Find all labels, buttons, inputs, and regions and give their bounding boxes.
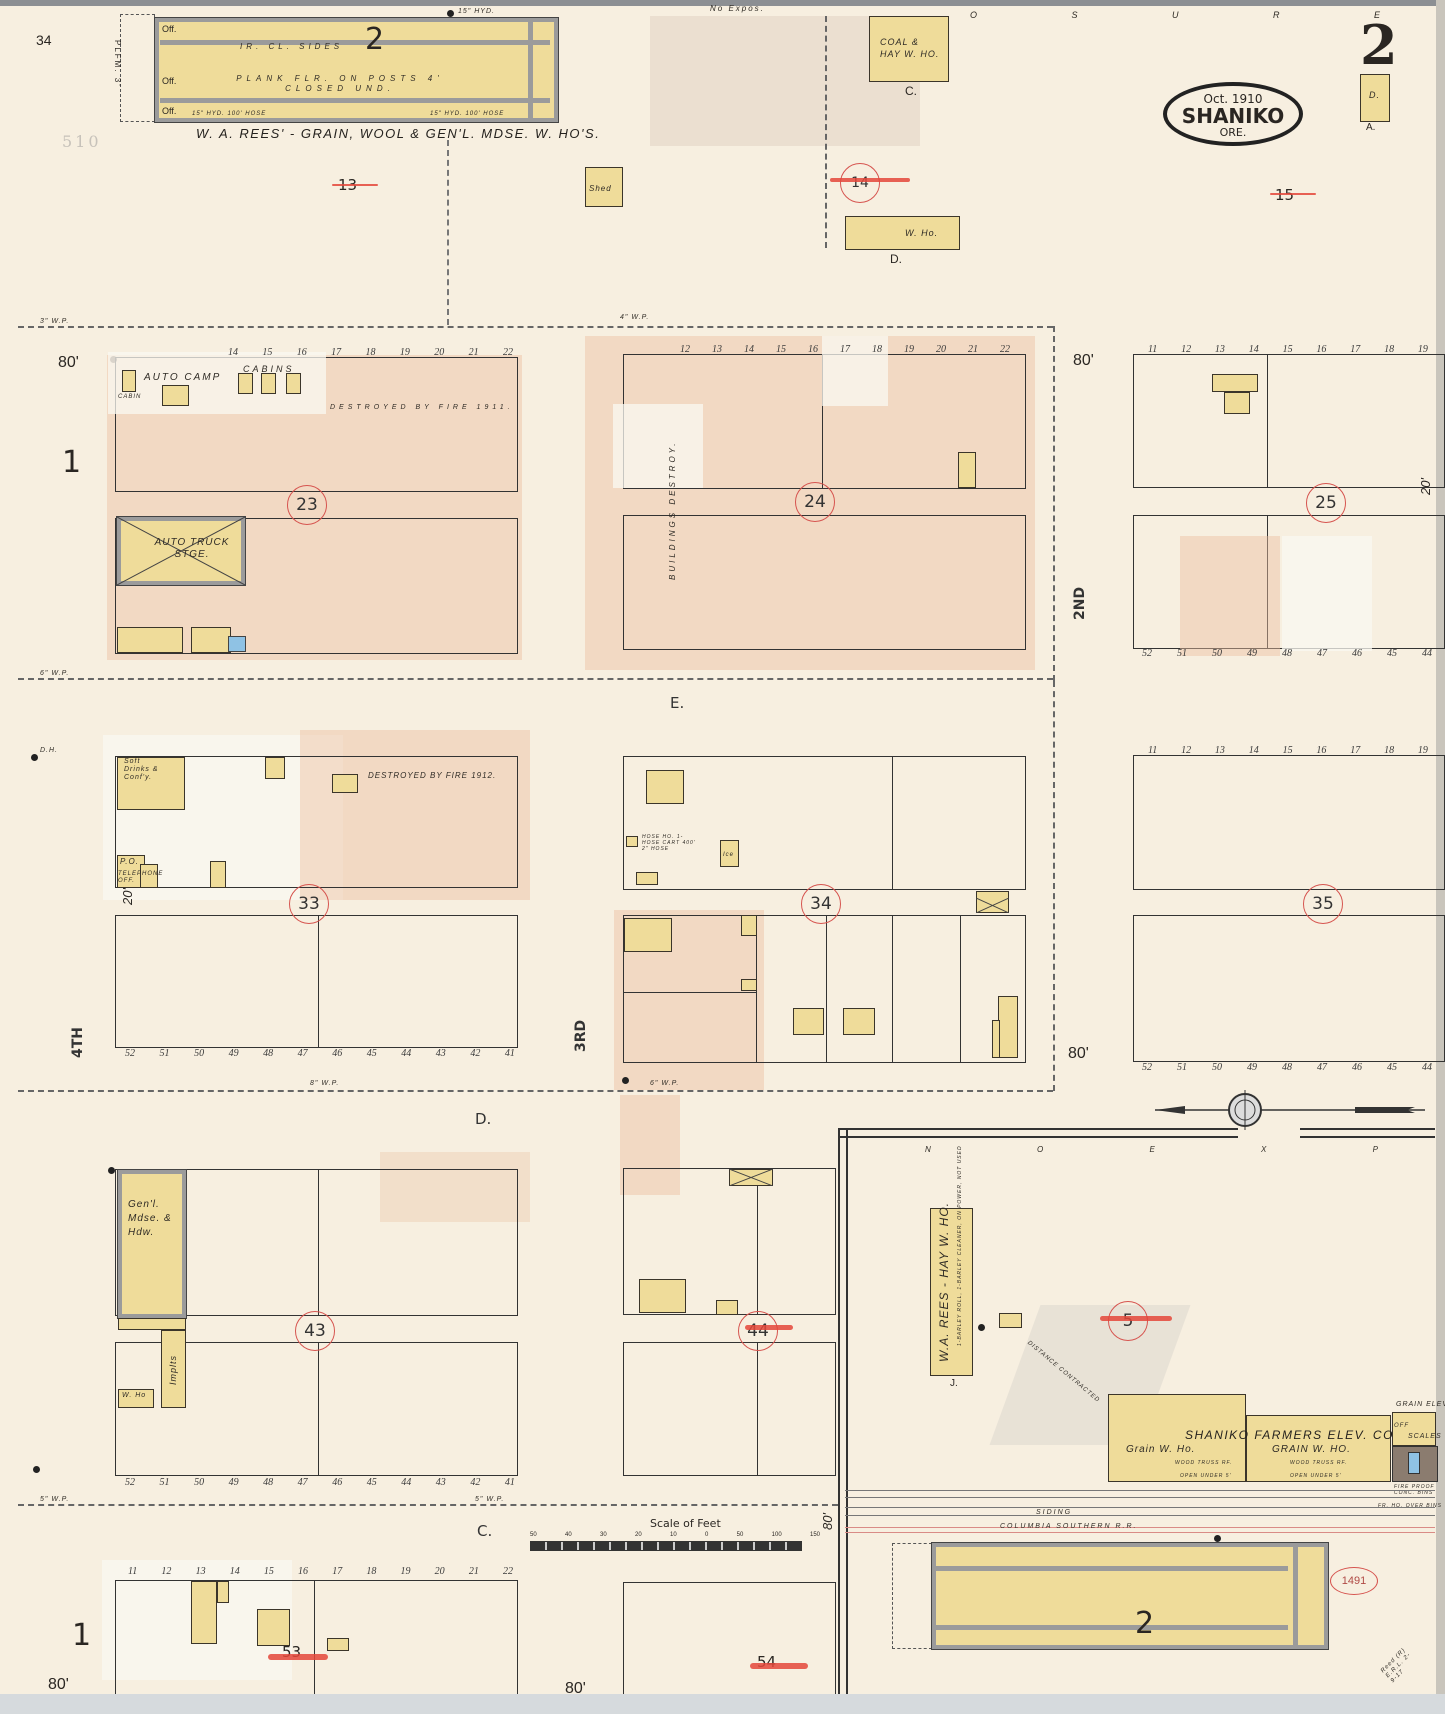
water-pipe-3in: [18, 326, 1053, 328]
lot-number: 49: [229, 1477, 239, 1488]
dim-80: 80': [48, 1676, 69, 1694]
lot-number: 15: [776, 344, 786, 355]
paste-over-white: [1282, 536, 1372, 651]
revision-signature: Reed (R) E.R.L. 2-9-17: [1380, 1645, 1420, 1685]
lot-number: 16: [297, 347, 307, 358]
rees-hay-letter: J.: [950, 1378, 958, 1389]
lot-number: 17: [331, 347, 341, 358]
dwelling-corner-label: D.: [1369, 90, 1380, 100]
water-pipe-5in: [18, 1504, 838, 1506]
lot-number: 47: [298, 1477, 308, 1488]
lot-number: 48: [263, 1048, 273, 1059]
water-pipe-label: 6" W.P.: [650, 1080, 679, 1087]
lot-line: [623, 992, 756, 993]
warehouse-story-count: 2: [365, 22, 384, 57]
blue-building: [228, 636, 246, 652]
lot-line: [757, 1342, 758, 1476]
water-pipe-label: 5" W.P.: [475, 1496, 504, 1503]
warehouse-floor-note: PLANK FLR. ON POSTS 4' CLOSED UND.: [220, 74, 460, 94]
lot-number: 44: [1422, 1062, 1432, 1073]
coal-hay-label: COAL & HAY W. HO.: [880, 36, 940, 60]
shed-building: [958, 452, 976, 488]
grain-warehouse-label-1: Grain W. Ho.: [1126, 1444, 1195, 1455]
dwelling: [793, 1008, 824, 1035]
lot-number: 46: [332, 1477, 342, 1488]
street-d: D.: [475, 1110, 491, 1128]
block-53-strike: [268, 1654, 328, 1660]
lot-number: 12: [680, 344, 690, 355]
lot-line: [318, 1342, 319, 1476]
lot-number: 13: [1215, 344, 1225, 355]
open-under-note-2: OPEN UNDER 5': [1290, 1473, 1341, 1479]
lot-number: 17: [840, 344, 850, 355]
lot-line: [892, 915, 893, 1063]
outbuilding: [217, 1581, 229, 1603]
lot-number: 52: [1142, 648, 1152, 659]
lot-number: 15: [1283, 344, 1293, 355]
block-number-1491: 1491: [1330, 1567, 1378, 1595]
dwelling: [1212, 374, 1258, 392]
lot-number: 44: [401, 1477, 411, 1488]
dwelling: [265, 757, 285, 779]
rees-hay-label: W.A. REES - HAY W. HO.: [937, 1202, 951, 1362]
dwelling-rear: [1224, 392, 1250, 414]
scale-tick: 20: [635, 1532, 642, 1538]
scale-tick: 50: [737, 1532, 744, 1538]
lot-number: 22: [503, 347, 513, 358]
general-mdse-label: Gen'l. Mdse. & Hdw.: [128, 1198, 184, 1240]
block-14-strike: [830, 178, 910, 182]
lot-number: 44: [401, 1048, 411, 1059]
lot-number: 46: [1352, 1062, 1362, 1073]
lot-number-row: 52 51 50 49 48 47 46 45 44 43 42 41: [125, 1048, 515, 1059]
outbuilding: [741, 915, 757, 936]
rees-hay-note: 1-BARLEY ROLL, 1-BARLEY CLEANER, ON POWE…: [957, 1145, 963, 1346]
lot-number: 20: [936, 344, 946, 355]
lot-number: 45: [367, 1477, 377, 1488]
lot-line: [314, 1580, 315, 1700]
lot-number: 14: [744, 344, 754, 355]
lot-number: 50: [1212, 1062, 1222, 1073]
stamp-number: 510: [62, 132, 102, 151]
lot-number-row: 11 12 13 14 15 16 17 18 19: [1148, 745, 1428, 756]
dead-hydrant-icon: [108, 1167, 115, 1174]
elevator-leg: [1408, 1452, 1420, 1474]
hydrant-icon: [447, 10, 454, 17]
auto-camp-dwelling: [162, 385, 189, 406]
scale-tick: 30: [600, 1532, 607, 1538]
lot-number: 11: [1148, 344, 1157, 355]
block-44-strike: [745, 1325, 793, 1330]
rail-track: [845, 1497, 1435, 1498]
dim-80: 80': [58, 354, 79, 372]
wood-truss-note-1: WOOD TRUSS RF.: [1175, 1460, 1232, 1466]
lot-number: 49: [229, 1048, 239, 1059]
warehouse-14: [845, 216, 960, 250]
sheet-number: 2: [1360, 18, 1398, 72]
paste-over: [1180, 536, 1280, 656]
lot-number: 14: [1249, 745, 1259, 756]
cabin-label: CABIN: [118, 394, 141, 400]
lot-number: 16: [1316, 745, 1326, 756]
block-number-14: 14: [840, 163, 880, 203]
destroyed-1911-label: DESTROYED BY FIRE 1911.: [330, 404, 514, 411]
rees-warehouse-wall: [160, 40, 550, 45]
scales-label: SCALES: [1408, 1433, 1442, 1440]
scale-tick: 10: [670, 1532, 677, 1538]
dim-80: 80': [1068, 1045, 1089, 1063]
lot-number: 11: [1148, 745, 1157, 756]
lot-number: 51: [1177, 1062, 1187, 1073]
lot-number: 50: [194, 1477, 204, 1488]
hydrant-label: 15" HYD.: [458, 8, 495, 15]
outbuilding: [716, 1300, 738, 1315]
soft-drinks-label: Soft Drinks & Conf'y.: [124, 758, 169, 782]
lot-number: 12: [161, 1566, 171, 1577]
block-number-25: 25: [1306, 483, 1346, 523]
lot-number: 15: [262, 347, 272, 358]
auto-truck-label: AUTO TRUCK STGE.: [152, 537, 232, 561]
scale-tick: 40: [565, 1532, 572, 1538]
dwelling-corner-letter: A.: [1366, 122, 1375, 133]
lot-number: 51: [1177, 648, 1187, 659]
lot-number: 16: [298, 1566, 308, 1577]
paper-edge-bottom: [0, 1694, 1445, 1714]
cabin: [238, 373, 253, 394]
store-row: [191, 627, 231, 653]
lot-number: 11: [128, 1566, 137, 1577]
dwelling: [639, 1279, 686, 1313]
lot-number: 44: [1422, 648, 1432, 659]
platform-label: PLFM. 3': [113, 40, 122, 88]
lot-number: 12: [1181, 745, 1191, 756]
lot-number: 15: [1283, 745, 1293, 756]
block-15-strike: [1270, 193, 1316, 195]
lot-number: 41: [505, 1048, 515, 1059]
hose-house-label: HOSE HO. 1-HOSE CART 400' 2" HOSE: [642, 834, 697, 852]
scale-tick: 100: [772, 1532, 782, 1538]
scale-title: Scale of Feet: [650, 1517, 721, 1530]
lot-line: [892, 756, 893, 890]
no-exp-label-top: O S U R E: [970, 10, 1426, 20]
water-pipe-vertical: [1053, 681, 1055, 1091]
lot-number: 20: [435, 1566, 445, 1577]
block-number-33: 33: [289, 884, 329, 924]
block-number-44: 44: [738, 1311, 778, 1351]
lot-number: 18: [366, 1566, 376, 1577]
lot-number: 45: [1387, 648, 1397, 659]
lot-number-row: 52 51 50 49 48 47 46 45 44: [1142, 1062, 1432, 1073]
dwelling: [998, 996, 1018, 1058]
wood-truss-note-2: WOOD TRUSS RF.: [1290, 1460, 1347, 1466]
lot-number: 19: [904, 344, 914, 355]
lot-number: 13: [712, 344, 722, 355]
dwelling: [327, 1638, 349, 1651]
water-pipe-label: 4" W.P.: [620, 314, 649, 321]
block-34-south: [623, 915, 1026, 1063]
platform-outline: [120, 14, 155, 122]
telephone-label: TELEPHONE OFF.: [118, 871, 158, 885]
lot-line: [318, 1169, 319, 1316]
scale-tick: 0: [705, 1532, 708, 1538]
lot-number: 50: [1212, 648, 1222, 659]
implements-label: Implts: [168, 1355, 178, 1385]
lot-number: 52: [1142, 1062, 1152, 1073]
lot-number: 46: [332, 1048, 342, 1059]
rail-track: [845, 1507, 1435, 1508]
cabin: [261, 373, 276, 394]
lot-line: [318, 915, 319, 1048]
lot-number: 22: [1000, 344, 1010, 355]
hose-house: [626, 836, 638, 847]
lot-number: 14: [230, 1566, 240, 1577]
lot-number: 45: [1387, 1062, 1397, 1073]
street-2nd: 2ND: [1072, 587, 1088, 620]
office-label-3: Off.: [162, 106, 176, 116]
block-number-23: 23: [287, 485, 327, 525]
lot-number: 18: [872, 344, 882, 355]
open-under-note-1: OPEN UNDER 5': [1180, 1473, 1231, 1479]
block-33-south: [115, 915, 518, 1048]
lot-number-row: 14 15 16 17 18 19 20 21 22: [228, 347, 513, 358]
no-exp-label: N O E X P: [925, 1145, 1430, 1154]
lot-number: 45: [367, 1048, 377, 1059]
dwelling: [843, 1008, 875, 1035]
railroad-line: [845, 1532, 1435, 1533]
bottom-warehouse: [932, 1543, 1328, 1649]
lot-number: 46: [1352, 648, 1362, 659]
dwelling: [257, 1609, 290, 1646]
water-pipe-vertical: [1053, 326, 1055, 681]
water-pipe-label: 5" W.P.: [40, 1496, 69, 1503]
lot-number: 47: [1317, 648, 1327, 659]
lot-number: 42: [470, 1048, 480, 1059]
ward-number-bottom: 1: [72, 1618, 91, 1653]
block-13-strike: [332, 184, 378, 186]
scale-bar: [530, 1541, 802, 1551]
title-city: SHANIKO: [1167, 106, 1299, 126]
dim-80: 80': [1073, 352, 1094, 370]
post-office-label: P.O.: [120, 857, 139, 866]
lot-number-row: 52 51 50 49 48 47 46 45 44: [1142, 648, 1432, 659]
lot-number: 19: [400, 347, 410, 358]
lot-number: 18: [366, 347, 376, 358]
lot-number: 15: [264, 1566, 274, 1577]
dead-hydrant-icon: [33, 1466, 40, 1473]
lot-number: 19: [401, 1566, 411, 1577]
dh-label: D.H.: [40, 747, 58, 754]
lot-number: 47: [298, 1048, 308, 1059]
hydrant-icon: [978, 1324, 985, 1331]
water-pipe-label: 8" W.P.: [310, 1080, 339, 1087]
water-pipe-label: 6" W.P.: [40, 670, 69, 677]
dwelling: [646, 770, 684, 804]
lot-number: 20: [434, 347, 444, 358]
destroyed-1912-label: DESTROYED BY FIRE 1912.: [368, 771, 496, 780]
rees-warehouse: [155, 18, 558, 122]
title-cartouche: Oct. 1910 SHANIKO ORE.: [1163, 82, 1303, 146]
auto-camp-label: AUTO CAMP: [144, 372, 221, 383]
lot-number: 51: [160, 1048, 170, 1059]
lot-number: 13: [196, 1566, 206, 1577]
outbuilding: [741, 979, 757, 991]
lot-number: 21: [469, 347, 479, 358]
lot-line: [1267, 354, 1268, 488]
block-35-north: [1133, 755, 1445, 890]
lot-number: 48: [1282, 648, 1292, 659]
lot-number: 18: [1384, 344, 1394, 355]
street-e: E.: [670, 694, 684, 712]
bottom-warehouse-story-count: 2: [1135, 1606, 1154, 1641]
platform-outline: [892, 1543, 932, 1649]
grain-warehouse-label-2: GRAIN W. HO.: [1272, 1444, 1351, 1455]
street-c: C.: [477, 1522, 492, 1540]
siding-label: SIDING: [1036, 1509, 1072, 1516]
bottom-warehouse-wall: [936, 1566, 1288, 1571]
sanborn-map-sheet: 34 510 Oct. 1910 SHANIKO ORE. 2 PLFM. 3'…: [0, 0, 1445, 1714]
lot-number: 17: [1350, 745, 1360, 756]
railroad-line: [845, 1527, 1435, 1528]
small-shed: [999, 1313, 1022, 1328]
warehouse-14-label: W. Ho.: [905, 228, 938, 238]
block-24-south: [623, 515, 1026, 650]
rees-warehouse-wall: [528, 20, 533, 120]
no-exposure-label: No Expos.: [710, 4, 765, 13]
office-label-2: Off.: [162, 76, 176, 86]
lot-line-dashed: [825, 16, 827, 248]
bottom-warehouse-wall: [936, 1625, 1288, 1630]
outbuilding: [210, 861, 226, 888]
lot-line: [757, 1168, 758, 1315]
dim-80-vertical: 80': [820, 1513, 835, 1530]
paste-over-white: [613, 404, 703, 488]
lot-number-row: 12 13 14 15 16 17 18 19 20 21 22: [680, 344, 1010, 355]
water-pipe-label: 3" W.P.: [40, 318, 69, 325]
cabin: [122, 370, 136, 392]
lot-number: 50: [194, 1048, 204, 1059]
warehouse-sides-note: IR. CL. SIDES: [240, 42, 343, 51]
grain-elevator-label: GRAIN ELEV.: [1396, 1401, 1445, 1408]
water-pipe-8in: [18, 1090, 1053, 1092]
lot-number: 47: [1317, 1062, 1327, 1073]
lot-number: 49: [1247, 648, 1257, 659]
buildings-destroyed-label: BUILDINGS DESTROY.: [668, 440, 677, 580]
lot-number-row: 11 12 13 14 15 16 17 18 19: [1148, 344, 1428, 355]
ward-number-top: 1: [62, 445, 81, 480]
block-44-south: [623, 1342, 836, 1476]
scale-tick: 150: [810, 1532, 820, 1538]
rear-addition: [118, 1318, 186, 1330]
blacksmith-shop: [191, 1581, 217, 1644]
block-number-15: 15: [1275, 186, 1294, 204]
block-number-43: 43: [295, 1311, 335, 1351]
lot-number: 52: [125, 1048, 135, 1059]
lot-number: 16: [808, 344, 818, 355]
rail-track: [845, 1515, 1435, 1516]
block-54-strike: [750, 1663, 808, 1669]
ice-label: Ice: [723, 852, 734, 858]
corner-number: 34: [36, 32, 52, 48]
dead-hydrant-icon: [622, 1077, 629, 1084]
cross-hatch: [729, 1169, 773, 1186]
water-pipe-vertical: [447, 140, 449, 325]
water-pipe-6in: [18, 678, 1053, 680]
lot-number: 43: [436, 1048, 446, 1059]
block-54: [623, 1582, 836, 1702]
cabin: [286, 373, 301, 394]
block-number-5: 5: [1108, 1301, 1148, 1341]
lot-number: 42: [470, 1477, 480, 1488]
inset-border-left: [838, 1128, 848, 1694]
scale-tick: 50: [530, 1532, 537, 1538]
lot-number: 17: [1350, 344, 1360, 355]
lot-number: 17: [332, 1566, 342, 1577]
dwelling: [117, 627, 183, 653]
small-warehouse-label: W. Ho: [122, 1392, 146, 1399]
lot-number-row: 52 51 50 49 48 47 46 45 44 43 42 41: [125, 1477, 515, 1488]
dwelling: [332, 774, 358, 793]
lot-number: 41: [505, 1477, 515, 1488]
rees-warehouse-wall: [160, 98, 550, 103]
lot-number: 18: [1384, 745, 1394, 756]
lot-number: 52: [125, 1477, 135, 1488]
lot-number: 14: [1249, 344, 1259, 355]
dwelling-wing: [992, 1020, 1000, 1058]
lot-number: 22: [503, 1566, 513, 1577]
inset-border-top: [838, 1128, 1238, 1138]
lot-number: 43: [436, 1477, 446, 1488]
lot-line: [960, 915, 961, 1063]
hydrant-icon: [1214, 1535, 1221, 1542]
block-number-24: 24: [795, 482, 835, 522]
office-label-1: Off.: [162, 24, 176, 34]
frame-over-bins-label: FR. HO. OVER BINS: [1378, 1503, 1442, 1509]
lot-number: 51: [160, 1477, 170, 1488]
lot-number: 19: [1418, 344, 1428, 355]
hose-note-2: 15" HYD. 100' HOSE: [430, 111, 504, 117]
lot-number: 14: [228, 347, 238, 358]
warehouse-14-letter: D.: [890, 252, 902, 266]
street-3rd: 3RD: [573, 1020, 589, 1052]
dim-20: 20': [1418, 478, 1433, 495]
block-5-strike: [1100, 1316, 1172, 1321]
inset-border-top: [1300, 1128, 1435, 1138]
shed-label: Shed: [589, 184, 612, 193]
lot-number: 13: [1215, 745, 1225, 756]
elevator-company-label: SHANIKO FARMERS ELEV. CO.: [1185, 1428, 1399, 1442]
lot-number: 21: [469, 1566, 479, 1577]
lot-number: 48: [263, 1477, 273, 1488]
dead-hydrant-icon: [31, 754, 38, 761]
coal-hay-letter: C.: [905, 84, 917, 98]
elevator-office-label: OFF: [1394, 1423, 1409, 1429]
scale-ticks: 50 40 30 20 10 0 50 100 150: [530, 1532, 820, 1538]
lot-number-row: 11 12 13 14 15 16 17 18 19 20 21 22: [128, 1566, 513, 1577]
rail-track: [845, 1490, 1435, 1491]
rees-warehouse-title: W. A. REES' - GRAIN, WOOL & GEN'L. MDSE.…: [196, 126, 600, 141]
elevator-office: [1392, 1412, 1436, 1446]
block-number-34: 34: [801, 884, 841, 924]
lot-number: 16: [1316, 344, 1326, 355]
hose-note-1: 15" HYD. 100' HOSE: [192, 111, 266, 117]
railroad-label: COLUMBIA SOUTHERN R.R.: [1000, 1523, 1137, 1530]
dim-20: 20': [120, 888, 135, 905]
cross-hatch: [976, 898, 1009, 913]
lot-number: 12: [1181, 344, 1191, 355]
block-53: [115, 1580, 518, 1700]
lot-number: 19: [1418, 745, 1428, 756]
outbuilding: [636, 872, 658, 885]
